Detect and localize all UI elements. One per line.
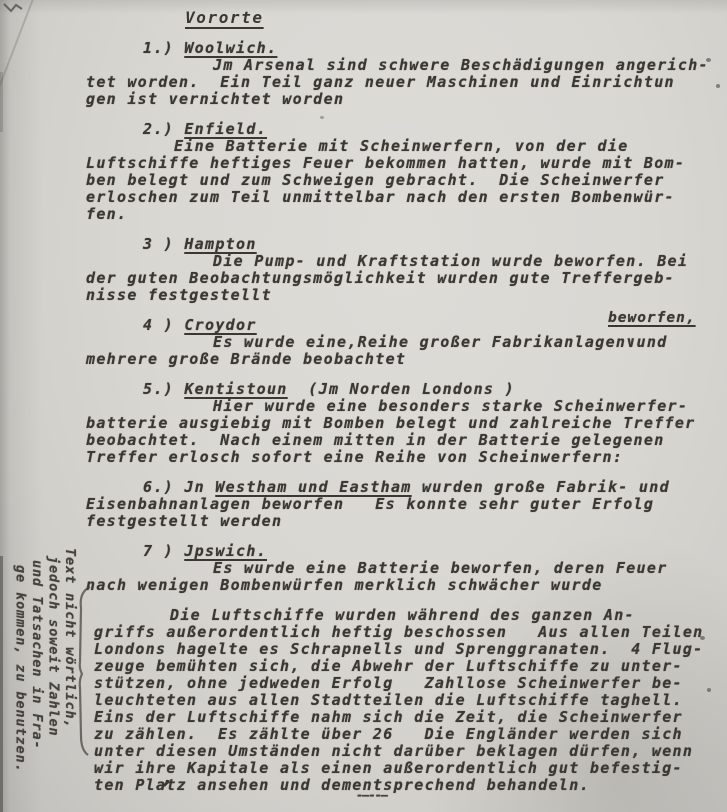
text-segment: nach wenigen Bombenwürfen merklich schwä… — [86, 576, 603, 594]
text-segment: 5.) — [143, 380, 184, 398]
text-segment: festgestellt werden — [86, 512, 282, 530]
text-line: Treffer erlosch sofort eine Reihe von Sc… — [86, 449, 719, 466]
text-line: 2.) Enfield. — [143, 121, 719, 138]
text-line: griffs außerordentlich heftig beschossen… — [94, 624, 719, 641]
text-line: 7 ) Jpswich. — [143, 543, 719, 560]
underlined-text: Woolwich. — [184, 39, 277, 57]
text-line: zeuge bemühten sich, die Abwehr der Luft… — [94, 658, 719, 675]
text-line: beobachtet. Nach einem mitten in der Bat… — [86, 432, 719, 449]
text-segment: wurden große Fabrik- und — [412, 478, 670, 496]
text-segment: Londons hagelte es Schrapnells und Spren… — [94, 640, 704, 658]
section-5: 5.) Kentistoun (Jm Norden Londons )Hier … — [86, 381, 719, 466]
page-title: Vororte — [185, 8, 719, 27]
underlined-text: Westham und Eastham — [215, 478, 411, 496]
text-line: 5.) Kentistoun (Jm Norden Londons ) — [143, 381, 719, 398]
margin-note: Text nicht wörtlich,jedoch soweit Zahlen… — [8, 544, 78, 812]
text-line: leuchteten aus allen Stadtteilen die Luf… — [94, 692, 719, 709]
text-line: 6.) Jn Westham und Eastham wurden große … — [143, 479, 719, 496]
text-segment: 3 ) — [143, 235, 184, 253]
text-segment: unter diesen Umständen nicht darüber bek… — [94, 742, 693, 760]
text-segment: der guten Beobachtungsmöglichkeit wurden… — [86, 269, 675, 287]
text-line: 1.) Woolwich. — [143, 40, 719, 57]
text-line: wir ihre Kapitale als einen außerordentl… — [94, 760, 719, 777]
margin-note-line: ge kommen, zu benutzen. — [12, 544, 29, 812]
text-line: tet worden. Ein Teil ganz neuer Maschine… — [86, 74, 719, 91]
text-segment: fen. — [86, 205, 127, 223]
text-line: nisse festgestellt — [86, 287, 719, 304]
text-line: unter diesen Umständen nicht darüber bek… — [94, 743, 719, 760]
text-line: der guten Beobachtungsmöglichkeit wurden… — [86, 270, 719, 287]
text-segment: 1.) — [143, 39, 184, 57]
text-segment: Eisenbahnanlagen beworfen Es konnte sehr… — [86, 495, 654, 513]
text-line: batterie ausgiebig mit Bomben belegt und… — [86, 415, 719, 432]
margin-note-line: jedoch soweit Zahlen — [45, 544, 62, 812]
text-segment: Hier wurde eine besonders starke Scheinw… — [213, 397, 688, 415]
text-segment: Eine Batterie mit Scheinwerfern, von der… — [174, 137, 629, 155]
text-segment: 7 ) — [143, 542, 184, 560]
text-segment: leuchteten aus allen Stadtteilen die Luf… — [94, 691, 683, 709]
text-segment: erloschen zum Teil unmittelbar nach den … — [86, 188, 675, 206]
text-segment: Es wurde eine Batterie beworfen, deren F… — [213, 559, 668, 577]
text-line: ben belegt und zum Schweigen gebracht. D… — [86, 172, 719, 189]
corner-pen-mark — [2, 1, 26, 19]
text-segment: stützen, ohne jedweden Erfolg Zahllose S… — [94, 674, 683, 692]
text-segment: nisse festgestellt — [86, 286, 272, 304]
text-line: Eine Batterie mit Scheinwerfern, von der… — [174, 138, 719, 155]
text-segment: batterie ausgiebig mit Bomben belegt und… — [86, 414, 696, 432]
text-segment: zeuge bemühten sich, die Abwehr der Luft… — [94, 657, 683, 675]
section-1: 1.) Woolwich.Jm Arsenal sind schwere Bes… — [86, 40, 719, 108]
text-line: stützen, ohne jedweden Erfolg Zahllose S… — [94, 675, 719, 692]
text-segment: griffs außerordentlich heftig beschossen… — [94, 623, 704, 641]
text-segment: Jm Arsenal sind schwere Beschädigungen a… — [213, 56, 709, 74]
text-line: mehrere große Brände beobachtet — [86, 351, 719, 368]
paragraph-bracket-mark — [74, 584, 94, 760]
text-line: Londons hagelte es Schrapnells und Spren… — [94, 641, 719, 658]
text-line: nach wenigen Bombenwürfen merklich schwä… — [86, 577, 719, 594]
text-line: Die Luftschiffe wurden während des ganze… — [170, 607, 719, 624]
end-separator-dashes: -—--— — [356, 788, 387, 802]
scan-speck — [716, 84, 720, 88]
scan-speck — [707, 688, 711, 692]
text-segment: 6.) Jn — [143, 478, 215, 496]
scanned-document-page: Vororte 1.) Woolwich.Jm Arsenal sind sch… — [0, 0, 727, 812]
text-segment: 2.) — [143, 120, 184, 138]
scan-edge-streak — [0, 72, 3, 132]
section-3: 3 ) HamptonDie Pump- und Kraftstation wu… — [86, 236, 719, 304]
scan-speck — [320, 116, 324, 119]
sections: 1.) Woolwich.Jm Arsenal sind schwere Bes… — [86, 40, 719, 794]
text-line: ten Platz ansehen und dementsprechend be… — [94, 777, 719, 794]
underlined-text: Enfield. — [184, 120, 267, 138]
inserted-word-beworfen: beworfen, — [608, 310, 696, 326]
text-segment: Eins der Luftschiffe nahm sich die Zeit,… — [94, 708, 683, 726]
section-4: 4 ) CroydorEs wurde eine,Reihe großer Fa… — [86, 317, 719, 368]
text-segment: Treffer erlosch sofort eine Reihe von Sc… — [86, 448, 623, 466]
text-segment: Luftschiffe heftiges Feuer bekommen hatt… — [86, 154, 685, 172]
text-line: zu zählen. Es zählte über 26 Die Engländ… — [94, 726, 719, 743]
text-segment: zu zählen. Es zählte über 26 Die Engländ… — [94, 725, 683, 743]
text-segment: mehrere große Brände beobachtet — [86, 350, 406, 368]
text-segment: 4 ) — [143, 316, 184, 334]
text-segment: gen ist vernichtet worden — [86, 90, 344, 108]
text-line: Eins der Luftschiffe nahm sich die Zeit,… — [94, 709, 719, 726]
text-segment: wir ihre Kapitale als einen außerordentl… — [94, 759, 683, 777]
text-segment: Die Pump- und Kraftstation wurde beworfe… — [213, 252, 688, 270]
text-segment: Es wurde eine,Reihe großer Fabrikanlagen… — [213, 333, 668, 351]
text-line: Luftschiffe heftiges Feuer bekommen hatt… — [86, 155, 719, 172]
text-line: Hier wurde eine besonders starke Scheinw… — [213, 398, 719, 415]
underlined-text: Jpswich. — [184, 542, 267, 560]
margin-note-line: und Tatsachen in Fra- — [29, 544, 46, 812]
text-segment: ben belegt und zum Schweigen gebracht. D… — [86, 171, 665, 189]
text-segment: Die Luftschiffe wurden während des ganze… — [170, 606, 635, 624]
scan-speck — [706, 58, 711, 62]
text-line: gen ist vernichtet worden — [86, 91, 719, 108]
underlined-text: Croydor — [184, 316, 256, 334]
text-segment: (Jm Norden Londons ) — [288, 380, 515, 398]
scan-speck — [700, 636, 705, 640]
section-7: 7 ) Jpswich.Es wurde eine Batterie bewor… — [86, 543, 719, 594]
section-6: 6.) Jn Westham und Eastham wurden große … — [86, 479, 719, 530]
text-line: erloschen zum Teil unmittelbar nach den … — [86, 189, 719, 206]
text-line: Es wurde eine Batterie beworfen, deren F… — [213, 560, 719, 577]
text-line: Eisenbahnanlagen beworfen Es konnte sehr… — [86, 496, 719, 513]
text-line: festgestellt werden — [86, 513, 719, 530]
text-segment: beobachtet. Nach einem mitten in der Bat… — [86, 431, 665, 449]
text-segment: tet worden. Ein Teil ganz neuer Maschine… — [86, 73, 675, 91]
section-8: Die Luftschiffe wurden während des ganze… — [94, 607, 719, 794]
text-line: Es wurde eine,Reihe großer Fabrikanlagen… — [213, 334, 719, 351]
underlined-text: Hampton — [184, 235, 256, 253]
text-line: Die Pump- und Kraftstation wurde beworfe… — [213, 253, 719, 270]
scan-edge-streak — [0, 556, 3, 812]
underlined-text: Kentistoun — [184, 380, 287, 398]
text-line: fen. — [86, 206, 719, 223]
section-2: 2.) Enfield.Eine Batterie mit Scheinwerf… — [86, 121, 719, 223]
title-text: Vororte — [185, 8, 264, 27]
text-line: Jm Arsenal sind schwere Beschädigungen a… — [213, 57, 719, 74]
typed-text-column: Vororte 1.) Woolwich.Jm Arsenal sind sch… — [86, 6, 719, 794]
text-line: 3 ) Hampton — [143, 236, 719, 253]
